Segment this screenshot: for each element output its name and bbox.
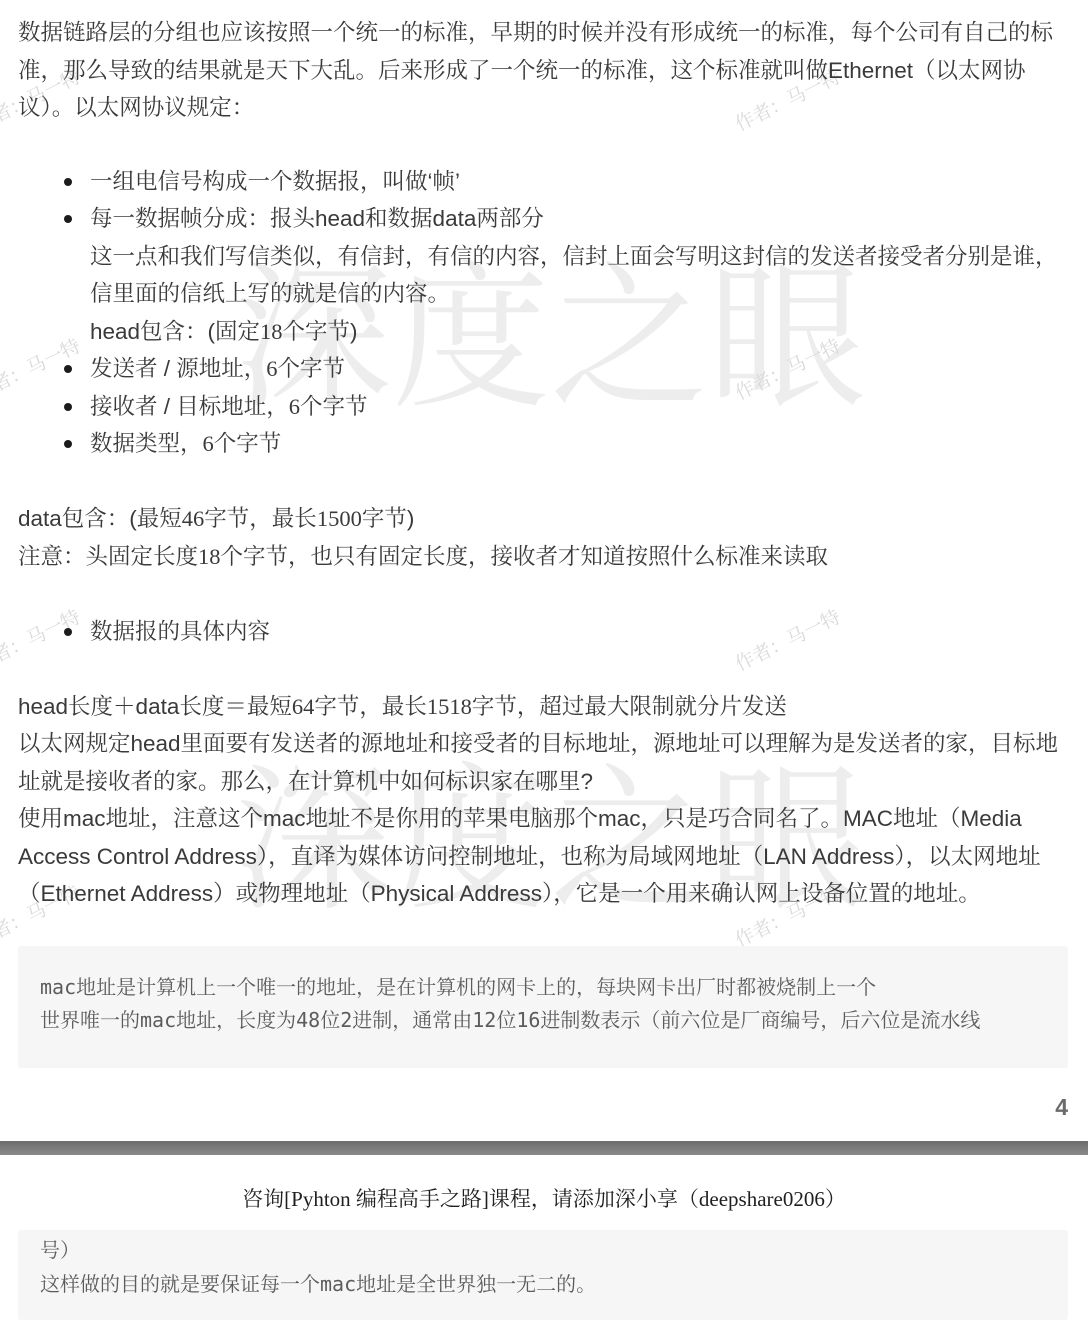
paragraph-data-spec: data包含：(最短46字节，最长1500字节) (18, 500, 1068, 538)
section-divider (0, 1141, 1088, 1155)
paragraph-note: 注意：头固定长度18个字节，也只有固定长度，接收者才知道按照什么标准来读取 (18, 538, 1068, 576)
document-page: { "watermarks": { "large": "深度之眼", "smal… (0, 0, 1088, 1326)
payload-list: 数据报的具体内容 (18, 613, 1068, 651)
list-item-target-address: 接收者 / 目标地址，6个字节 (18, 388, 1068, 426)
list-item-note: 这一点和我们写信类似，有信封，有信的内容，信封上面会写明这封信的发送者接受者分别… (90, 238, 1068, 313)
list-item-frame: 一组电信号构成一个数据报，叫做‘帧’ (18, 163, 1068, 201)
list-item-text: 数据报的具体内容 (90, 619, 270, 644)
code-block-mac-address: mac地址是计算机上一个唯一的地址，是在计算机的网卡上的，每块网卡出厂时都被烧制… (18, 946, 1068, 1068)
list-item-text: 数据类型，6个字节 (90, 431, 281, 456)
list-item-head-data: 每一数据帧分成：报头head和数据data两部分 这一点和我们写信类似，有信封，… (18, 200, 1068, 350)
paragraph-ethernet-rule: 以太网规定head里面要有发送者的源地址和接受者的目标地址，源地址可以理解为是发… (18, 725, 1068, 800)
footer-course-note: 咨询[Pyhton 编程高手之路]课程，请添加深小享（deepshare0206… (0, 1184, 1088, 1214)
list-item-data-type: 数据类型，6个字节 (18, 425, 1068, 463)
page-content: 数据链路层的分组也应该按照一个统一的标准，早期的时候并没有形成统一的标准，每个公… (0, 0, 1088, 1120)
list-item-head-spec: head包含：(固定18个字节) (90, 313, 1068, 351)
list-item-source-address: 发送者 / 源地址，6个字节 (18, 350, 1068, 388)
code-block-mac-unique: 号） 这样做的目的就是要保证每一个mac地址是全世界独一无二的。 (18, 1230, 1068, 1320)
list-item-text: 一组电信号构成一个数据报，叫做‘帧’ (90, 169, 460, 194)
list-item-text: 接收者 / 目标地址，6个字节 (90, 394, 368, 419)
paragraph-length-rule: head长度＋data长度＝最短64字节，最长1518字节，超过最大限制就分片发… (18, 688, 1068, 726)
paragraph-mac-intro: 使用mac地址，注意这个mac地址不是你用的苹果电脑那个mac，只是巧合同名了。… (18, 800, 1068, 913)
page-number: 4 (18, 1094, 1068, 1120)
list-item-text: 发送者 / 源地址，6个字节 (90, 356, 345, 381)
list-item-payload: 数据报的具体内容 (18, 613, 1068, 651)
ethernet-rules-list: 一组电信号构成一个数据报，叫做‘帧’ 每一数据帧分成：报头head和数据data… (18, 163, 1068, 463)
paragraph-intro: 数据链路层的分组也应该按照一个统一的标准，早期的时候并没有形成统一的标准，每个公… (18, 14, 1068, 127)
list-item-text: 每一数据帧分成：报头head和数据data两部分 (90, 200, 1068, 238)
